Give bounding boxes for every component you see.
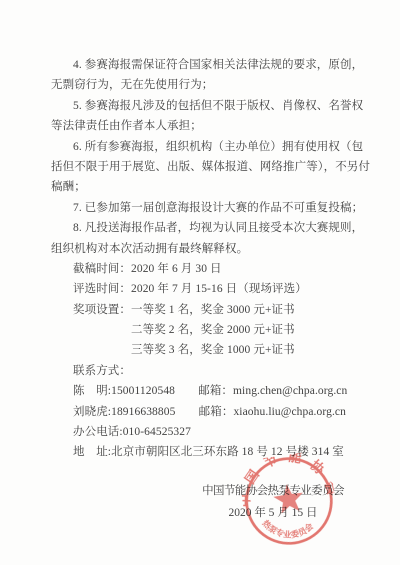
deadline-line: 截稿时间：2020 年 6 月 30 日 — [51, 259, 371, 279]
doc-line: 组织机构对本次活动拥有最终解释权。 — [51, 239, 371, 259]
document-body: 4. 参赛海报需保证符合国家相关法律法规的要求，原创， 无剽窃行为，无在先使用行… — [51, 55, 371, 463]
contact-line: 陈 明:15001120548 邮箱：ming.chen@chpa.org.cn — [51, 381, 371, 401]
doc-line: 括但不限于用于展览、出版、媒体报道、网络推广等），不另付 — [51, 157, 371, 177]
contact-line: 刘晓虎:18916638805 邮箱：xiaohu.liu@chpa.org.c… — [51, 402, 371, 422]
signature-block: 中国节能协会热泵专业委员会 2020 年 5 月 15 日 — [178, 481, 368, 524]
doc-line: 等法律责任由作者本人承担； — [51, 116, 371, 136]
office-phone-line: 办公电话:010-64525327 — [51, 422, 371, 442]
address-line: 地 址:北京市朝阳区北三环东路 18 号 12 号楼 314 室 — [51, 442, 371, 462]
doc-line: 8. 凡投送海报作品者，均视为认同且接受本次大赛规则， — [51, 218, 371, 238]
doc-line: 稿酬； — [51, 177, 371, 197]
doc-line: 7. 已参加第一届创意海报设计大赛的作品不可重复投稿； — [51, 198, 371, 218]
doc-line: 5. 参赛海报凡涉及的包括但不限于版权、肖像权、名誉权 — [51, 96, 371, 116]
award-first-line: 奖项设置：一等奖 1 名，奖金 3000 元+证书 — [51, 300, 371, 320]
signature-org: 中国节能协会热泵专业委员会 — [178, 481, 368, 502]
contact-header-line: 联系方式： — [51, 361, 371, 381]
doc-line: 无剽窃行为，无在先使用行为； — [51, 75, 371, 95]
review-time-line: 评选时间：2020 年 7 月 15-16 日（现场评选） — [51, 279, 371, 299]
doc-line: 4. 参赛海报需保证符合国家相关法律法规的要求，原创， — [51, 55, 371, 75]
award-third-line: 三等奖 3 名，奖金 1000 元+证书 — [51, 340, 371, 360]
award-second-line: 二等奖 2 名，奖金 2000 元+证书 — [51, 320, 371, 340]
document-page: 4. 参赛海报需保证符合国家相关法律法规的要求，原创， 无剽窃行为，无在先使用行… — [0, 0, 400, 565]
signature-date: 2020 年 5 月 15 日 — [178, 503, 368, 524]
doc-line: 6. 所有参赛海报，组织机构（主办单位）拥有使用权（包 — [51, 137, 371, 157]
